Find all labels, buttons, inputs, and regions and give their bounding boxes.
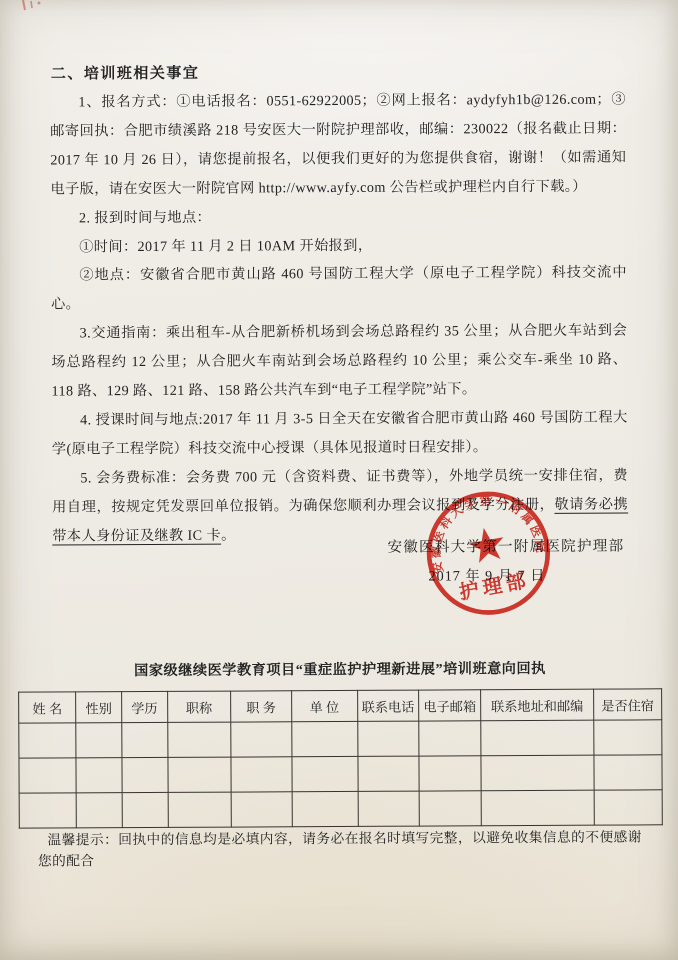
column-header: 性别 bbox=[76, 692, 122, 723]
star-icon bbox=[466, 525, 507, 564]
form-cell-empty bbox=[481, 720, 594, 756]
form-cell-empty bbox=[594, 720, 662, 755]
table-row bbox=[19, 790, 662, 828]
form-cell-empty bbox=[231, 792, 292, 827]
column-header: 电子邮箱 bbox=[418, 690, 481, 721]
reply-form-title: 国家级继续医学教育项目“重症监护护理新进展”培训班意向回执 bbox=[1, 657, 678, 681]
form-cell-empty bbox=[594, 755, 662, 790]
form-cell-empty bbox=[481, 755, 594, 791]
form-cell-empty bbox=[358, 721, 419, 756]
column-header: 单 位 bbox=[291, 690, 357, 721]
table-header-row: 姓 名性别学历职称职 务单 位联系电话电子邮箱联系地址和邮编是否住宿 bbox=[19, 689, 662, 723]
footer-note: 温馨提示：回执中的信息均是必填内容，请务必在报名时填写完整，以避免收集信息的不便… bbox=[38, 826, 642, 871]
stamp-center-text: 护理部 bbox=[457, 569, 531, 604]
form-cell-empty bbox=[122, 722, 168, 757]
paragraph-checkin-heading: 2. 报到时间与地点： bbox=[51, 201, 627, 233]
table-row bbox=[19, 755, 662, 793]
table-row bbox=[19, 720, 662, 758]
form-cell-empty bbox=[167, 757, 231, 792]
form-cell-empty bbox=[358, 791, 419, 826]
paragraph-text: 2. 报到时间与地点： bbox=[79, 209, 211, 226]
form-cell-empty bbox=[76, 758, 122, 793]
column-header: 姓 名 bbox=[19, 692, 76, 723]
table-body bbox=[19, 720, 663, 828]
form-cell-empty bbox=[292, 756, 358, 791]
form-cell-empty bbox=[358, 756, 419, 791]
form-cell-empty bbox=[231, 757, 292, 792]
paragraph-text: ①时间：2017 年 11 月 2 日 10AM 开始报到， bbox=[79, 237, 372, 255]
form-cell-empty bbox=[291, 721, 357, 756]
form-cell-empty bbox=[167, 722, 231, 757]
form-cell-empty bbox=[168, 792, 232, 827]
paragraph-checkin-place: ②地点：安徽省合肥市黄山路 460 号国防工程大学（原电子工程学院）科技交流中心… bbox=[51, 259, 627, 320]
paragraph-checkin-time: ①时间：2017 年 11 月 2 日 10AM 开始报到， bbox=[51, 230, 627, 262]
form-cell-empty bbox=[122, 757, 168, 792]
paragraph-lecture-time: 4. 授课时间与地点:2017 年 11 月 3-5 日全天在安徽省合肥市黄山路… bbox=[52, 403, 628, 464]
column-header: 学历 bbox=[121, 691, 167, 722]
official-seal-stamp: 安徽医科大学第一附属医院 护理部 bbox=[410, 475, 566, 631]
column-header: 联系地址和邮编 bbox=[481, 689, 594, 721]
form-cell-empty bbox=[231, 722, 292, 757]
reply-form-table: 姓 名性别学历职称职 务单 位联系电话电子邮箱联系地址和邮编是否住宿 bbox=[18, 688, 663, 828]
section-title: 二、培训班相关事宜 bbox=[51, 62, 200, 84]
paragraph-text: 1、报名方式：①电话报名：0551-62922005；②网上报名：aydyfyh… bbox=[50, 91, 626, 197]
form-cell-empty bbox=[419, 791, 482, 826]
form-cell-empty bbox=[481, 790, 594, 826]
paragraph-text: ②地点：安徽省合肥市黄山路 460 号国防工程大学（原电子工程学院）科技交流中心… bbox=[51, 265, 627, 313]
form-cell-empty bbox=[419, 721, 482, 756]
form-cell-empty bbox=[19, 723, 76, 758]
form-cell-empty bbox=[594, 790, 662, 825]
form-cell-empty bbox=[19, 758, 76, 793]
form-cell-empty bbox=[419, 756, 482, 791]
scanned-document-page: 二、培训班相关事宜 1、报名方式：①电话报名：0551-62922005；②网上… bbox=[0, 0, 678, 960]
form-cell-empty bbox=[122, 792, 168, 827]
form-cell-empty bbox=[19, 793, 76, 828]
paragraph-transportation: 3.交通指南：乘出租车-从合肥新桥机场到会场总路程约 35 公里；从合肥火车站到… bbox=[51, 317, 627, 407]
paragraph-text: 。 bbox=[221, 527, 236, 543]
form-cell-empty bbox=[292, 791, 358, 826]
document-content: 二、培训班相关事宜 1、报名方式：①电话报名：0551-62922005；②网上… bbox=[0, 0, 678, 960]
column-header: 职 务 bbox=[231, 691, 292, 722]
paragraph-text: 3.交通指南：乘出租车-从合肥新桥机场到会场总路程约 35 公里；从合肥火车站到… bbox=[51, 323, 627, 400]
form-cell-empty bbox=[76, 793, 122, 828]
paragraph-registration: 1、报名方式：①电话报名：0551-62922005；②网上报名：aydyfyh… bbox=[50, 85, 627, 204]
form-cell-empty bbox=[76, 723, 122, 758]
column-header: 是否住宿 bbox=[593, 689, 661, 720]
column-header: 职称 bbox=[167, 691, 231, 722]
paragraph-text: 4. 授课时间与地点:2017 年 11 月 3-5 日全天在安徽省合肥市黄山路… bbox=[52, 409, 628, 457]
column-header: 联系电话 bbox=[357, 690, 418, 721]
